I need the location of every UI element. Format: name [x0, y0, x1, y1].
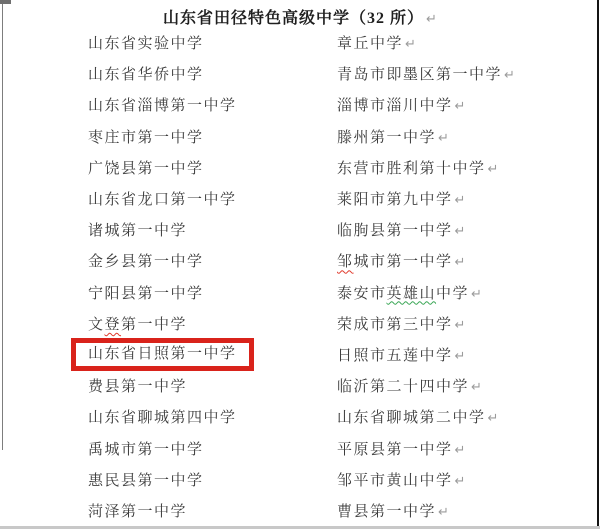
school-name-left: 山东省龙口第一中学 [88, 188, 337, 209]
return-mark-icon: ↵ [455, 318, 466, 333]
return-mark-icon: ↵ [455, 349, 466, 364]
table-row: 菏泽第一中学曹县第一中学↵ [0, 495, 597, 526]
school-name-text: 宁阳县第一中学 [88, 286, 204, 302]
table-row: 宁阳县第一中学泰安市英雄山中学↵ [0, 277, 597, 308]
spellcheck-underline: 登 [105, 317, 122, 333]
school-name-left: 枣庄市第一中学 [88, 126, 337, 147]
table-row: 山东省华侨中学青岛市即墨区第一中学↵ [0, 58, 597, 89]
school-name-right: 淄博市淄川中学↵ [337, 94, 597, 115]
school-name-right: 邹城市第一中学↵ [337, 250, 597, 271]
return-mark-icon: ↵ [488, 162, 499, 177]
school-name-right: 青岛市即墨区第一中学↵ [337, 63, 597, 84]
return-mark-icon: ↵ [455, 193, 466, 208]
school-name-left: 山东省华侨中学 [88, 63, 337, 84]
school-name-right: 邹平市黄山中学↵ [337, 469, 597, 490]
school-name-text: 金乡县第一中学 [88, 254, 204, 270]
return-mark-icon: ↵ [455, 474, 466, 489]
school-name-text: 荣成市第三中学 [337, 317, 453, 333]
highlight-box: 山东省日照第一中学 [71, 338, 254, 372]
school-name-right: 东营市胜利第十中学↵ [337, 157, 597, 178]
school-name-text: 山东省龙口第一中学 [88, 192, 237, 208]
school-name-text: 平原县第一中学 [337, 442, 453, 458]
table-row: 山东省实验中学章丘中学↵ [0, 27, 597, 58]
school-name-text: 东营市胜利第十中学 [337, 161, 486, 177]
return-mark-icon: ↵ [455, 255, 466, 270]
table-row: 诸城第一中学临朐县第一中学↵ [0, 214, 597, 245]
school-name-left: 宁阳县第一中学 [88, 282, 337, 303]
school-name-text: 山东省日照第一中学 [88, 346, 237, 362]
school-name-right: 曹县第一中学↵ [337, 500, 597, 521]
table-row: 山东省日照第一中学日照市五莲中学↵ [0, 339, 597, 370]
school-name-left: 费县第一中学 [88, 375, 337, 396]
school-name-text: 山东省聊城第四中学 [88, 410, 237, 426]
return-mark-icon: ↵ [471, 380, 482, 395]
school-name-right: 山东省聊城第二中学↵ [337, 406, 597, 427]
return-mark-icon: ↵ [504, 68, 515, 83]
school-name-text: 邹平市黄山中学 [337, 473, 453, 489]
page-title: 山东省田径特色高级中学（32 所）↵ [0, 5, 600, 28]
return-mark-icon: ↵ [488, 411, 499, 426]
school-name-right: 荣成市第三中学↵ [337, 313, 597, 334]
school-name-left: 惠民县第一中学 [88, 469, 337, 490]
document-page: 山东省田径特色高级中学（32 所）↵ 山东省实验中学章丘中学↵山东省华侨中学青岛… [0, 0, 600, 529]
school-name-text: 禹城市第一中学 [88, 442, 204, 458]
school-name-text: 枣庄市第一中学 [88, 130, 204, 146]
school-name-text: 莱阳市第九中学 [337, 192, 453, 208]
page-edge-right [597, 0, 599, 529]
school-name-text: 曹县第一中学 [337, 504, 436, 520]
table-row: 惠民县第一中学邹平市黄山中学↵ [0, 464, 597, 495]
school-name-left: 山东省日照第一中学 [88, 338, 337, 372]
spellcheck-underline: 邹 [337, 254, 354, 270]
school-name-text: 山东省实验中学 [88, 36, 204, 52]
table-row: 枣庄市第一中学滕州第一中学↵ [0, 121, 597, 152]
school-name-right: 临朐县第一中学↵ [337, 219, 597, 240]
text-segment: 城市第一中学 [354, 254, 453, 270]
school-name-text: 山东省聊城第二中学 [337, 410, 486, 426]
school-name-text: 菏泽第一中学 [88, 504, 187, 520]
return-mark-icon: ↵ [438, 505, 449, 520]
school-name-text: 山东省淄博第一中学 [88, 98, 237, 114]
school-name-right: 泰安市英雄山中学↵ [337, 282, 597, 303]
school-name-text: 山东省华侨中学 [88, 67, 204, 83]
text-segment: 泰安市 [337, 286, 387, 302]
school-name-left: 山东省实验中学 [88, 32, 337, 53]
school-name-text: 诸城第一中学 [88, 223, 187, 239]
spellcheck-underline: 英雄山 [387, 286, 437, 302]
return-mark-icon: ↵ [471, 287, 482, 302]
school-name-left: 山东省淄博第一中学 [88, 94, 337, 115]
return-mark-icon: ↵ [455, 443, 466, 458]
school-name-text: 章丘中学 [337, 36, 403, 52]
school-name-left: 诸城第一中学 [88, 219, 337, 240]
text-segment: 第一中学 [121, 317, 187, 333]
school-name-left: 禹城市第一中学 [88, 438, 337, 459]
school-name-text: 广饶县第一中学 [88, 161, 204, 177]
school-name-right: 章丘中学↵ [337, 32, 597, 53]
text-segment: 中学 [436, 286, 469, 302]
table-row: 文登第一中学荣成市第三中学↵ [0, 308, 597, 339]
school-name-left: 金乡县第一中学 [88, 250, 337, 271]
school-name-text: 临沂第二十四中学 [337, 379, 469, 395]
table-row: 山东省聊城第四中学山东省聊城第二中学↵ [0, 401, 597, 432]
school-name-text: 惠民县第一中学 [88, 473, 204, 489]
school-name-text: 费县第一中学 [88, 379, 187, 395]
school-name-left: 菏泽第一中学 [88, 500, 337, 521]
school-name-right: 平原县第一中学↵ [337, 438, 597, 459]
table-row: 山东省龙口第一中学莱阳市第九中学↵ [0, 183, 597, 214]
table-row: 禹城市第一中学平原县第一中学↵ [0, 432, 597, 463]
school-name-left: 文登第一中学 [88, 313, 337, 334]
page-title-text: 山东省田径特色高级中学（32 所） [163, 10, 424, 27]
table-row: 费县第一中学临沂第二十四中学↵ [0, 370, 597, 401]
school-name-right: 滕州第一中学↵ [337, 126, 597, 147]
school-name-text: 临朐县第一中学 [337, 223, 453, 239]
school-name-right: 莱阳市第九中学↵ [337, 188, 597, 209]
school-name-text: 淄博市淄川中学 [337, 98, 453, 114]
return-mark-icon: ↵ [426, 12, 437, 27]
school-name-right: 临沂第二十四中学↵ [337, 375, 597, 396]
table-row: 山东省淄博第一中学淄博市淄川中学↵ [0, 89, 597, 120]
table-row: 广饶县第一中学东营市胜利第十中学↵ [0, 152, 597, 183]
return-mark-icon: ↵ [405, 37, 416, 52]
school-name-left: 山东省聊城第四中学 [88, 406, 337, 427]
return-mark-icon: ↵ [455, 224, 466, 239]
return-mark-icon: ↵ [455, 99, 466, 114]
table-row: 金乡县第一中学邹城市第一中学↵ [0, 245, 597, 276]
school-name-left: 广饶县第一中学 [88, 157, 337, 178]
school-name-text: 日照市五莲中学 [337, 348, 453, 364]
school-list: 山东省实验中学章丘中学↵山东省华侨中学青岛市即墨区第一中学↵山东省淄博第一中学淄… [0, 27, 597, 526]
text-segment: 文 [88, 317, 105, 333]
school-name-text: 滕州第一中学 [337, 130, 436, 146]
school-name-text: 青岛市即墨区第一中学 [337, 67, 502, 83]
school-name-right: 日照市五莲中学↵ [337, 344, 597, 365]
return-mark-icon: ↵ [438, 131, 449, 146]
